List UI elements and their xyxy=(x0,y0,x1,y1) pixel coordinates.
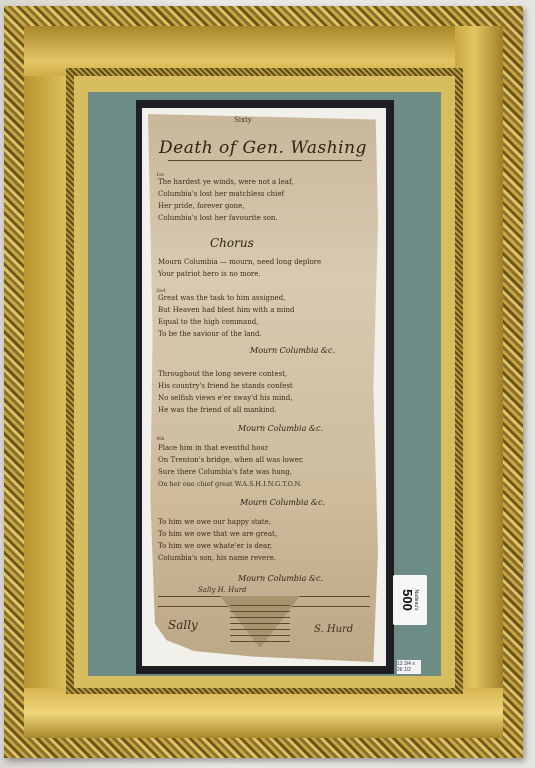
verse-1-line: Her pride, forever gone, xyxy=(158,202,245,210)
verse-2-line: To be the saviour of the land. xyxy=(158,330,262,338)
verse-5-line: To him we owe our happy state, xyxy=(158,518,271,526)
refrain: Mourn Columbia &c. xyxy=(238,574,378,583)
refrain: Mourn Columbia &c. xyxy=(240,498,378,507)
verse-1-line: Columbia's lost her favourite son. xyxy=(158,214,278,222)
verse-4-line: On Trenton's bridge, when all was lower, xyxy=(158,456,304,464)
chorus-line: Mourn Columbia — mourn, need long deplor… xyxy=(158,258,321,266)
chorus-heading: Chorus xyxy=(210,236,378,250)
verse-4-label: 4th xyxy=(156,436,164,442)
verse-4-line: Place him in that eventful hour xyxy=(158,444,268,452)
manuscript-paper: Sixty Death of Gen. Washing 1st The hard… xyxy=(148,114,378,662)
chorus-line: Your patriot hero is no more. xyxy=(158,270,261,278)
verse-2-line: Equal to the high command, xyxy=(158,318,258,326)
refrain: Mourn Columbia &c. xyxy=(238,424,378,433)
verse-5-line: To him we owe that we are great, xyxy=(158,530,277,538)
verse-2-line: Great was the task to him assigned, xyxy=(158,294,285,302)
verse-4-line: On her one chief great W.A.S.H.I.N.G.T.O… xyxy=(158,480,302,488)
verse-1-line: The hardest ye winds, were not a leaf, xyxy=(158,178,294,186)
title-underline xyxy=(168,160,362,161)
signature-line: Sally H. Hurd xyxy=(198,586,378,594)
verse-3-line: No selfish views e'er sway'd his mind, xyxy=(158,394,292,402)
refrain: Mourn Columbia &c. xyxy=(250,346,378,355)
auction-lot-tag: Nadeau's 500 xyxy=(393,575,427,625)
verse-5-line: Columbia's son, his name revere. xyxy=(158,554,276,562)
verse-1-line: Columbia's lost her matchless chief xyxy=(158,190,284,198)
verse-4-line: Sure there Columbia's fate was hung, xyxy=(158,468,292,476)
verse-3-line: His country's friend he stands confest xyxy=(158,382,293,390)
verse-3-line: He was the friend of all mankind. xyxy=(158,406,277,414)
size-tag: 13 3/4 x 26 1/2 xyxy=(397,660,421,674)
header-note: Sixty xyxy=(234,116,252,124)
verse-5-line: To him we owe whate'er is dear, xyxy=(158,542,272,550)
verse-2-line: But Heaven had blest him with a mind xyxy=(158,306,294,314)
verse-3-line: Throughout the long severe contest, xyxy=(158,370,287,378)
footer-signature-right: S. Hurd xyxy=(314,624,378,635)
gilt-frame-cove-bottom xyxy=(24,688,503,738)
manuscript-title: Death of Gen. Washing xyxy=(148,138,378,158)
lot-number: 500 xyxy=(401,589,413,611)
